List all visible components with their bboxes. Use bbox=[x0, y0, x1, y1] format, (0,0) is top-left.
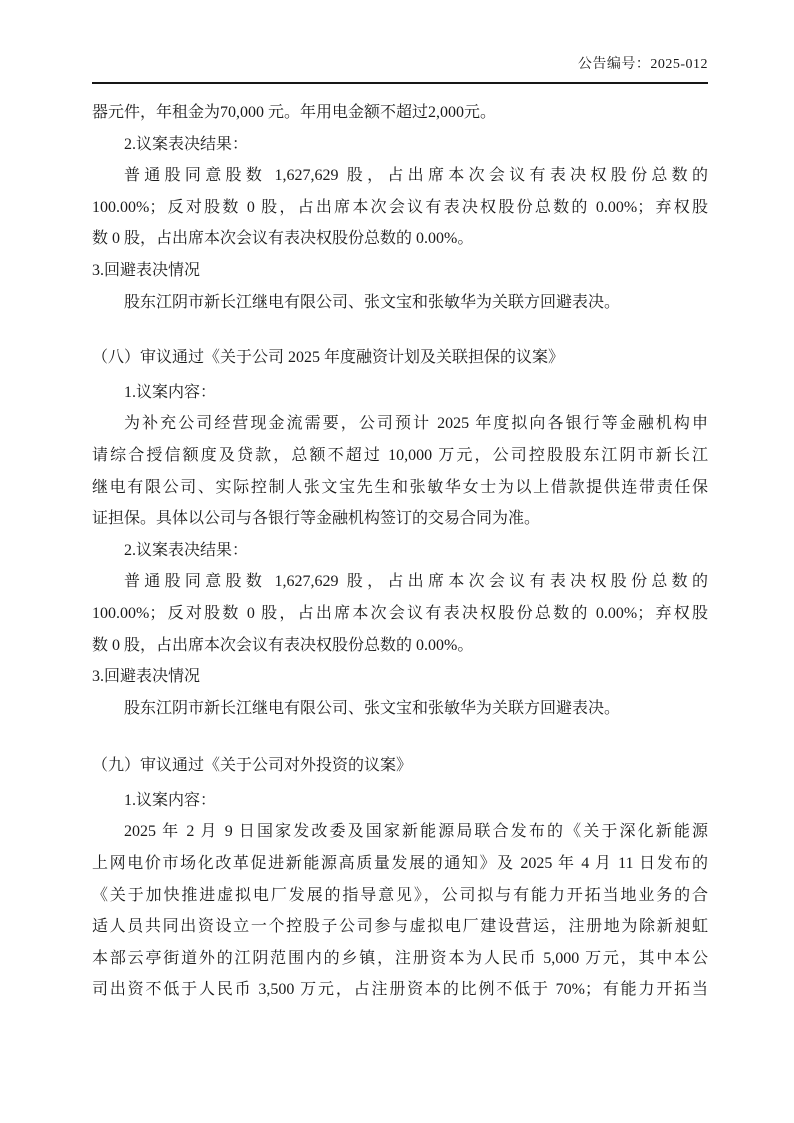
section-heading-9: （九）审议通过《关于公司对外投资的议案》 bbox=[92, 750, 708, 782]
page-header: 公告编号：2025-012 bbox=[0, 0, 794, 74]
text-line: 继电有限公司、实际控制人张文宝先生和张敏华女士为以上借款提供连带责任保 bbox=[92, 472, 708, 504]
section-heading-8: （八）审议通过《关于公司 2025 年度融资计划及关联担保的议案》 bbox=[92, 342, 708, 374]
text-line: （九）审议通过《关于公司对外投资的议案》 bbox=[92, 750, 708, 782]
paragraph: 为补充公司经营现金流需要，公司预计 2025 年度拟向各银行等金融机构申 请综合… bbox=[92, 408, 708, 534]
paragraph: 2.议案表决结果： bbox=[92, 129, 708, 161]
paragraph: 普通股同意股数 1,627,629 股，占出席本次会议有表决权股份总数的 100… bbox=[92, 160, 708, 255]
text-line: 3.回避表决情况 bbox=[92, 255, 708, 287]
paragraph: 2.议案表决结果： bbox=[92, 535, 708, 567]
text-line: 2025 年 2 月 9 日国家发改委及国家新能源局联合发布的《关于深化新能源 bbox=[92, 816, 708, 848]
text-line: 普通股同意股数 1,627,629 股，占出席本次会议有表决权股份总数的 bbox=[92, 160, 708, 192]
text-line: 请综合授信额度及贷款，总额不超过 10,000 万元，公司控股股东江阴市新长江 bbox=[92, 440, 708, 472]
text-line: 2.议案表决结果： bbox=[92, 129, 708, 161]
document-body: 器元件，年租金为70,000 元。年用电金额不超过2,000元。 2.议案表决结… bbox=[92, 97, 708, 1006]
text-line: 1.议案内容： bbox=[92, 785, 708, 817]
text-line: 数 0 股，占出席本次会议有表决权股份总数的 0.00%。 bbox=[92, 630, 708, 662]
paragraph: 器元件，年租金为70,000 元。年用电金额不超过2,000元。 bbox=[92, 97, 708, 129]
paragraph: 1.议案内容： bbox=[92, 377, 708, 409]
text-line: 股东江阴市新长江继电有限公司、张文宝和张敏华为关联方回避表决。 bbox=[92, 287, 708, 319]
document-page: 公告编号：2025-012 器元件，年租金为70,000 元。年用电金额不超过2… bbox=[0, 0, 794, 1123]
text-line: 1.议案内容： bbox=[92, 377, 708, 409]
text-line: 100.00%；反对股数 0 股，占出席本次会议有表决权股份总数的 0.00%；… bbox=[92, 192, 708, 224]
paragraph: 普通股同意股数 1,627,629 股，占出席本次会议有表决权股份总数的 100… bbox=[92, 566, 708, 661]
text-line: 本部云亭街道外的江阴范围内的乡镇，注册资本为人民币 5,000 万元，其中本公 bbox=[92, 943, 708, 975]
text-line: 《关于加快推进虚拟电厂发展的指导意见》，公司拟与有能力开拓当地业务的合 bbox=[92, 880, 708, 912]
text-line: 3.回避表决情况 bbox=[92, 661, 708, 693]
text-line: 证担保。具体以公司与各银行等金融机构签订的交易合同为准。 bbox=[92, 503, 708, 535]
paragraph: 股东江阴市新长江继电有限公司、张文宝和张敏华为关联方回避表决。 bbox=[92, 287, 708, 319]
text-line: 适人员共同出资设立一个控股子公司参与虚拟电厂建设营运，注册地为除新昶虹 bbox=[92, 911, 708, 943]
paragraph: 3.回避表决情况 bbox=[92, 661, 708, 693]
text-line: 为补充公司经营现金流需要，公司预计 2025 年度拟向各银行等金融机构申 bbox=[92, 408, 708, 440]
text-line: 上网电价市场化改革促进新能源高质量发展的通知》及 2025 年 4 月 11 日… bbox=[92, 848, 708, 880]
text-line: 2.议案表决结果： bbox=[92, 535, 708, 567]
text-line: （八）审议通过《关于公司 2025 年度融资计划及关联担保的议案》 bbox=[92, 342, 708, 374]
text-line: 数 0 股，占出席本次会议有表决权股份总数的 0.00%。 bbox=[92, 223, 708, 255]
text-line: 司出资不低于人民币 3,500 万元，占注册资本的比例不低于 70%；有能力开拓… bbox=[92, 974, 708, 1006]
header-rule bbox=[92, 82, 708, 84]
paragraph: 1.议案内容： bbox=[92, 785, 708, 817]
text-line: 股东江阴市新长江继电有限公司、张文宝和张敏华为关联方回避表决。 bbox=[92, 693, 708, 725]
paragraph: 2025 年 2 月 9 日国家发改委及国家新能源局联合发布的《关于深化新能源 … bbox=[92, 816, 708, 1006]
text-line: 100.00%；反对股数 0 股，占出席本次会议有表决权股份总数的 0.00%；… bbox=[92, 598, 708, 630]
paragraph: 3.回避表决情况 bbox=[92, 255, 708, 287]
text-line: 普通股同意股数 1,627,629 股，占出席本次会议有表决权股份总数的 bbox=[92, 566, 708, 598]
doc-number: 公告编号：2025-012 bbox=[578, 57, 708, 72]
paragraph: 股东江阴市新长江继电有限公司、张文宝和张敏华为关联方回避表决。 bbox=[92, 693, 708, 725]
text-line: 器元件，年租金为70,000 元。年用电金额不超过2,000元。 bbox=[92, 97, 708, 129]
